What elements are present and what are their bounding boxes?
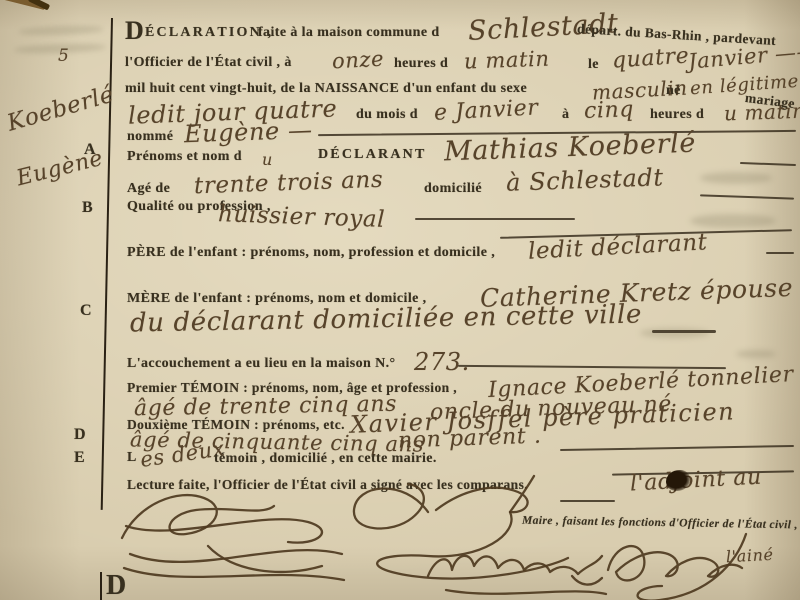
- printed-accouchement-label: L'accouchement a eu lieu en la maison N.…: [127, 357, 396, 371]
- handwritten-profession: huissier royal: [218, 203, 386, 232]
- printed-premier-temoin-label: Premier TÉMOIN : prénoms, nom, âge et pr…: [127, 381, 457, 395]
- handwritten-witness2-relation: non parent .: [398, 426, 542, 453]
- bleed-through-smudge: [736, 350, 776, 358]
- printed-l: L: [127, 451, 137, 465]
- printed-du-mois-d: du mois d: [356, 108, 418, 122]
- printed-prenoms-declarant: Prénoms et nom d: [127, 150, 242, 164]
- printed-nomme: nommé: [127, 130, 173, 144]
- section-letter-b: B: [82, 200, 93, 216]
- printed-heures-d-2: heures d: [650, 108, 704, 122]
- printed-commune-label: faite à la maison commune d: [258, 26, 440, 40]
- section-letter-e: E: [74, 450, 85, 466]
- signature-witness-2: [420, 542, 610, 598]
- record-number: 5: [58, 48, 69, 65]
- signature-declarant: [112, 482, 352, 587]
- fill-rule: [560, 445, 794, 451]
- handwritten-fill-u: u: [262, 152, 273, 168]
- handwritten-house-number: 273.: [414, 350, 470, 374]
- handwritten-day: quatre: [611, 45, 690, 72]
- printed-a: à: [562, 108, 569, 122]
- printed-pere-label: PÈRE de l'enfant : prénoms, nom, profess…: [127, 246, 495, 260]
- section-letter-c: C: [80, 303, 92, 319]
- declaration-title: ÉCLARATION ,: [145, 26, 273, 40]
- bleed-through-smudge: [700, 172, 772, 184]
- handwritten-birth-month: e Janvier: [433, 97, 539, 124]
- next-record-initial: D: [106, 572, 127, 600]
- declaration-initial: D: [125, 18, 144, 44]
- handwritten-child-name: Eugène —: [184, 118, 313, 146]
- printed-age-de: Agé de: [127, 182, 170, 196]
- fill-rule: [740, 162, 796, 166]
- printed-domicilie: domicilié: [424, 182, 482, 196]
- fill-rule: [766, 252, 794, 254]
- fill-rule: [415, 218, 575, 220]
- handwritten-declarant-age: trente trois ans: [194, 169, 384, 199]
- printed-temoin-domicilie: témoin , domicilié , en cette mairie.: [214, 452, 437, 466]
- handwritten-month: Janvier ——: [687, 40, 800, 72]
- printed-declarant: DÉCLARANT: [318, 148, 426, 162]
- printed-heures-d: heures d: [394, 57, 448, 71]
- scanned-birth-record-page: 5 Koeberlé A Eugène B C D E D ÉCLARATION…: [0, 0, 800, 600]
- bleed-through-smudge: [18, 25, 104, 37]
- printed-officier-label: l'Officier de l'État civil , à: [125, 56, 292, 70]
- printed-ne: né: [666, 84, 681, 98]
- handwritten-hour: onze: [331, 49, 384, 73]
- fill-rule: [700, 194, 794, 199]
- printed-le: le: [588, 58, 599, 72]
- handwritten-declarant-domicile: à Schlestadt: [506, 165, 664, 194]
- handwritten-birth-hour: cinq: [584, 99, 635, 123]
- handwritten-declarant-name: Mathias Koeberlé: [444, 130, 697, 166]
- bleed-through-smudge: [690, 214, 776, 228]
- section-letter-d: D: [74, 427, 86, 443]
- signature-officiant: [590, 524, 770, 600]
- margin-child-surname: Koeberlé: [5, 83, 117, 135]
- handwritten-officiant: l'adjoint au: [630, 467, 763, 496]
- fill-rule: [652, 330, 716, 333]
- handwritten-du-matin-2: u matin: [724, 101, 800, 124]
- margin-rule-next-entry: [100, 572, 102, 600]
- margin-child-given-name: Eugène: [15, 148, 106, 191]
- handwritten-mother-domicile: du déclarant domiciliée en cette ville: [130, 302, 642, 337]
- handwritten-du-matin: u matin: [464, 49, 550, 73]
